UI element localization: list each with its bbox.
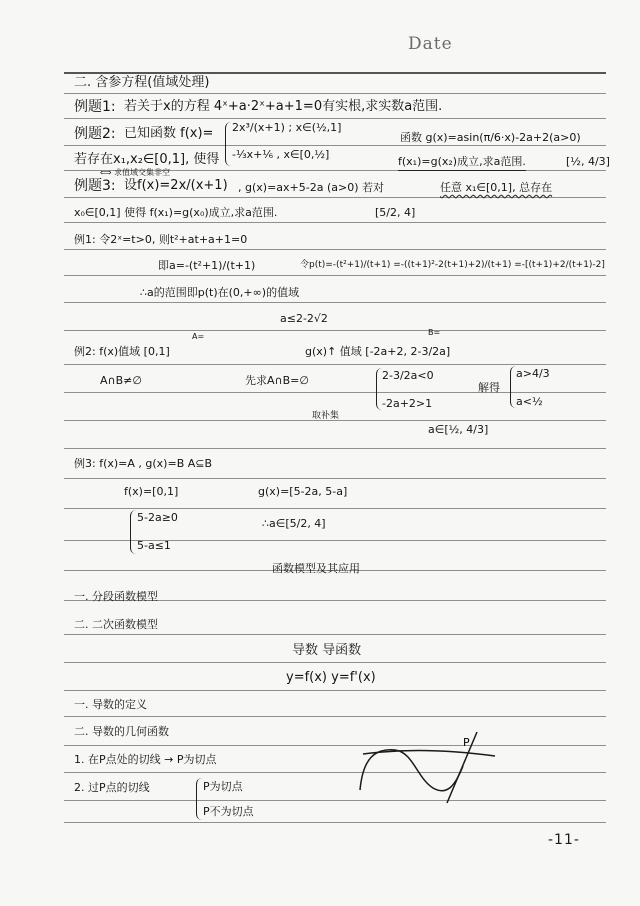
example-3-line2: x₀∈[0,1] 使得 f(x₁)=g(x₀)成立,求a范围. (74, 205, 277, 221)
derivative-formula: y=f(x) y=f'(x) (286, 670, 376, 686)
rule-line (64, 197, 606, 198)
solution-3-brace (130, 510, 136, 554)
models-item-1: 一. 分段函数模型 (74, 589, 158, 605)
solution-3-ineq-2: 5-a≤1 (137, 538, 171, 554)
derivative-sub-2: 2. 过P点的切线 (74, 780, 150, 796)
models-title: 函数模型及其应用 (272, 561, 360, 577)
rule-line (64, 275, 606, 276)
derivative-sub-1: 1. 在P点处的切线 → P为切点 (74, 752, 216, 768)
set-b-label: B= (428, 328, 440, 337)
models-item-2: 二. 二次函数模型 (74, 617, 158, 633)
rule-line (64, 364, 606, 365)
piece-1: 2x³/(x+1) ; x∈(½,1] (232, 120, 341, 136)
tangent-case-1: P为切点 (203, 779, 243, 795)
date-label: Date (408, 34, 453, 54)
piece-2: -⅓x+⅙ , x∈[0,½] (232, 147, 329, 163)
rule-line (64, 72, 606, 74)
rule-line (64, 93, 606, 94)
system-ineq-1: 2-3/2a<0 (382, 368, 434, 384)
solution-3-line-2a: f(x)=[0,1] (124, 484, 178, 500)
rule-line (64, 249, 606, 250)
point-p-label: P (463, 736, 470, 749)
rule-line (64, 716, 606, 717)
set-a-label: A= (192, 332, 204, 341)
tangent-case-2: P不为切点 (203, 804, 254, 820)
page-number: -11- (548, 832, 580, 848)
example-3-f: 设f(x)=2x/(x+1) (124, 178, 228, 194)
g-definition: 函数 g(x)=asin(π/6·x)-2a+2(a>0) (400, 130, 581, 146)
example-3-g: , g(x)=ax+5-2a (a>0) 若对 (238, 180, 384, 196)
system-ineq-2: -2a+2>1 (382, 396, 432, 412)
example-1-label: 例题1: (74, 99, 116, 115)
solution-1-line-1: 例1: 令2ˣ=t>0, 则t²+at+a+1=0 (74, 232, 247, 248)
result-1: a>4/3 (516, 366, 550, 382)
example-2-text: 已知函数 f(x)= (124, 126, 213, 142)
rule-line (64, 508, 606, 509)
example-3-answer: [5/2, 4] (375, 205, 415, 221)
rule-line (64, 222, 606, 223)
tangent-case-brace (196, 778, 202, 820)
solution-3-ineq-1: 5-2a≥0 (137, 510, 178, 526)
example-2-label: 例题2: (74, 126, 116, 142)
solution-3-line-2b: g(x)=[5-2a, 5-a] (258, 484, 347, 500)
solution-2-line-1b: g(x)↑ 值域 [-2a+2, 2-3/2a] (305, 344, 450, 360)
tangent-sketch-diagram: P (355, 728, 505, 818)
solution-2-answer: a∈[½, 4/3] (428, 422, 488, 438)
section-title: 二. 含参方程(值域处理) (74, 75, 209, 91)
rule-line (64, 302, 606, 303)
rule-line (64, 392, 606, 393)
solution-3-answer: ∴a∈[5/2, 4] (262, 516, 326, 532)
example-3-wavy: 任意 x₁∈[0,1], 总存在 (440, 180, 552, 196)
example-2-condition: 若存在x₁,x₂∈[0,1], 使得 (74, 152, 219, 168)
example-2-note: ⟺ 求值域交集非空 (100, 168, 170, 177)
rule-line (64, 745, 606, 746)
solution-3-line-1: 例3: f(x)=A , g(x)=B A⊆B (74, 456, 212, 472)
example-1-text: 若关于x的方程 4ˣ+a·2ˣ+a+1=0有实根,求实数a范围. (124, 99, 442, 115)
rule-line (64, 822, 606, 823)
derivative-item-2: 二. 导数的几何函数 (74, 724, 169, 740)
derivative-title: 导数 导函数 (292, 643, 361, 659)
nonempty-condition: A∩B≠∅ (100, 373, 142, 389)
solution-1-line-2b: 令p(t)=-(t²+1)/(t+1) =-((t+1)²-2(t+1)+2)/… (300, 261, 605, 270)
example-2-answer: [½, 4/3] (566, 154, 610, 170)
piecewise-brace (225, 122, 232, 166)
result-2: a<½ (516, 394, 543, 410)
rule-line (64, 634, 606, 635)
rule-line (64, 772, 606, 773)
complement-note: 取补集 (312, 412, 339, 421)
solution-2-line-1a: 例2: f(x)值域 [0,1] (74, 344, 170, 360)
rule-line (64, 800, 606, 801)
solution-1-line-2a: 即a=-(t²+1)/(t+1) (158, 258, 255, 274)
rule-line (64, 448, 606, 449)
derivative-item-1: 一. 导数的定义 (74, 697, 147, 713)
empty-first: 先求A∩B=∅ (245, 373, 309, 389)
rule-line (64, 330, 606, 331)
example-2-tail: f(x₁)=g(x₂)成立,求a范围. (398, 154, 526, 171)
solve-label: 解得 (478, 380, 500, 396)
rule-line (64, 662, 606, 663)
rule-line (64, 690, 606, 691)
example-3-label: 例题3: (74, 178, 116, 194)
rule-line (64, 478, 606, 479)
rule-line (64, 118, 606, 119)
solution-1-line-3: ∴a的范围即p(t)在(0,+∞)的值域 (140, 285, 299, 301)
solution-1-line-4: a≤2-2√2 (280, 311, 328, 327)
